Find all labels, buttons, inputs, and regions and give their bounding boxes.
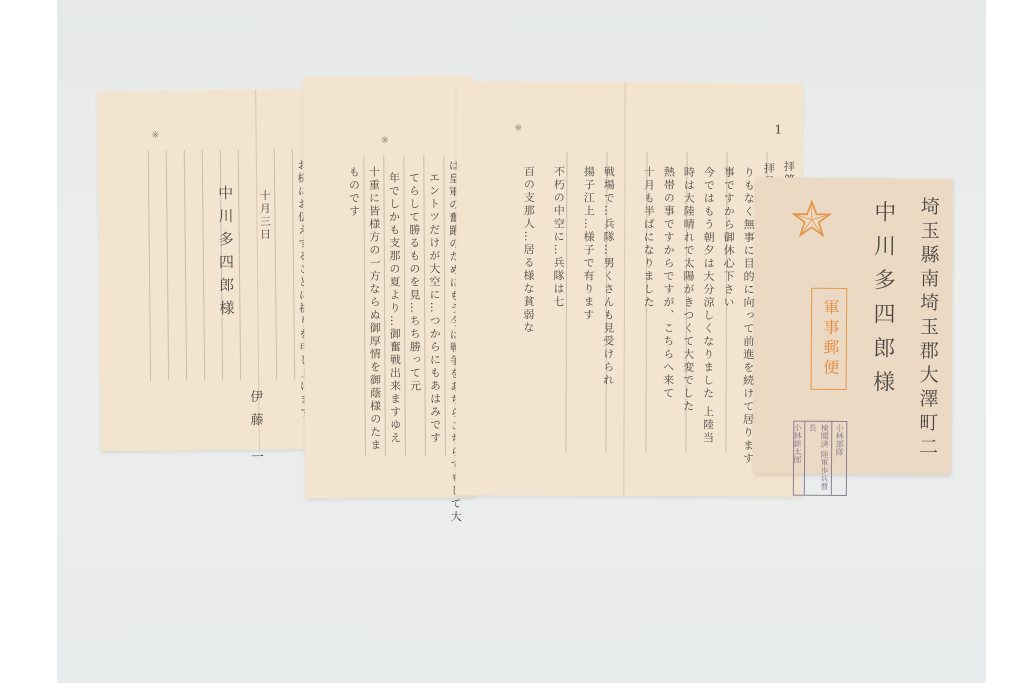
censor-stamp: 小林部隊 検閲済 陸軍歩兵曹長 小林新太郎 bbox=[793, 421, 848, 496]
letter-line: てらして勝るものを見…ちち勝って元 bbox=[407, 172, 421, 393]
corner-mark: ※ bbox=[381, 136, 389, 146]
corner-mark: ※ bbox=[515, 124, 523, 134]
letter-sheet-right: ※ 1 拝啓 八月廿五日付の手紙十一日有難く頂戴致し 拝見させて頂きました 御蔭… bbox=[455, 81, 802, 496]
date-line: 十月三日 bbox=[258, 189, 272, 241]
letter-sheet-middle: ※ は皇軍の奮躍のためにもう今は戦争をあちらこちらでもして大 エントツだけが大空… bbox=[303, 76, 475, 499]
letter-line: エントツだけが大空に…つからにもあはみです bbox=[427, 172, 441, 445]
recipient-name: 中川多四郎様 bbox=[866, 200, 898, 404]
military-mail-label: 軍事郵便 bbox=[811, 288, 848, 390]
censor-line: 小林新太郎 bbox=[790, 422, 805, 495]
recipient-line: 中川多四郎様 bbox=[218, 185, 232, 323]
letter-line: 時は大陸晴れで太陽がきつくて大変でした bbox=[682, 166, 696, 413]
page-number: 1 bbox=[775, 123, 783, 137]
letter-line: 熱帯の事ですからですが、こちらへ来て bbox=[662, 166, 676, 400]
letter-line: 戦場で…兵隊…男くさんも見受けられ bbox=[602, 166, 616, 387]
star-icon bbox=[792, 200, 832, 238]
censor-line: 小林部隊 bbox=[831, 422, 847, 495]
letter-line: 十月も半ばになりました bbox=[642, 166, 655, 309]
letter-line: 事ですから御休心下さい bbox=[722, 166, 735, 309]
letter-line: 年でしかも支那の夏より…御奮戦出来ますゆえ bbox=[387, 172, 401, 445]
military-mail-envelope: 軍事郵便 小林部隊 検閲済 陸軍歩兵曹長 小林新太郎 埼玉縣南埼玉郡大澤町二 中… bbox=[754, 177, 953, 474]
letter-line: ものです bbox=[347, 166, 360, 218]
signature: 伊藤 一 bbox=[248, 390, 262, 473]
letter-line: 百の支那人…居る様な貧弱な bbox=[522, 166, 536, 335]
corner-mark: ※ bbox=[152, 131, 160, 141]
censor-line: 検閲済 陸軍歩兵曹長 bbox=[804, 422, 832, 495]
letter-line: 不朽の中空に…兵隊は七 bbox=[552, 166, 565, 309]
letter-line: 十重に皆様方の一方ならぬ御厚情を御蔭様のたま bbox=[367, 166, 381, 452]
letter-line: 揚子江上…様子で有ります bbox=[582, 166, 596, 322]
recipient-address: 埼玉縣南埼玉郡大澤町二 bbox=[914, 196, 943, 460]
letter-line: りもなく無事に目的に向って前進を続けて居ります bbox=[741, 166, 755, 465]
letter-line: 今ではもう朝夕は大分涼しくなりました 上陸当 bbox=[701, 166, 715, 445]
